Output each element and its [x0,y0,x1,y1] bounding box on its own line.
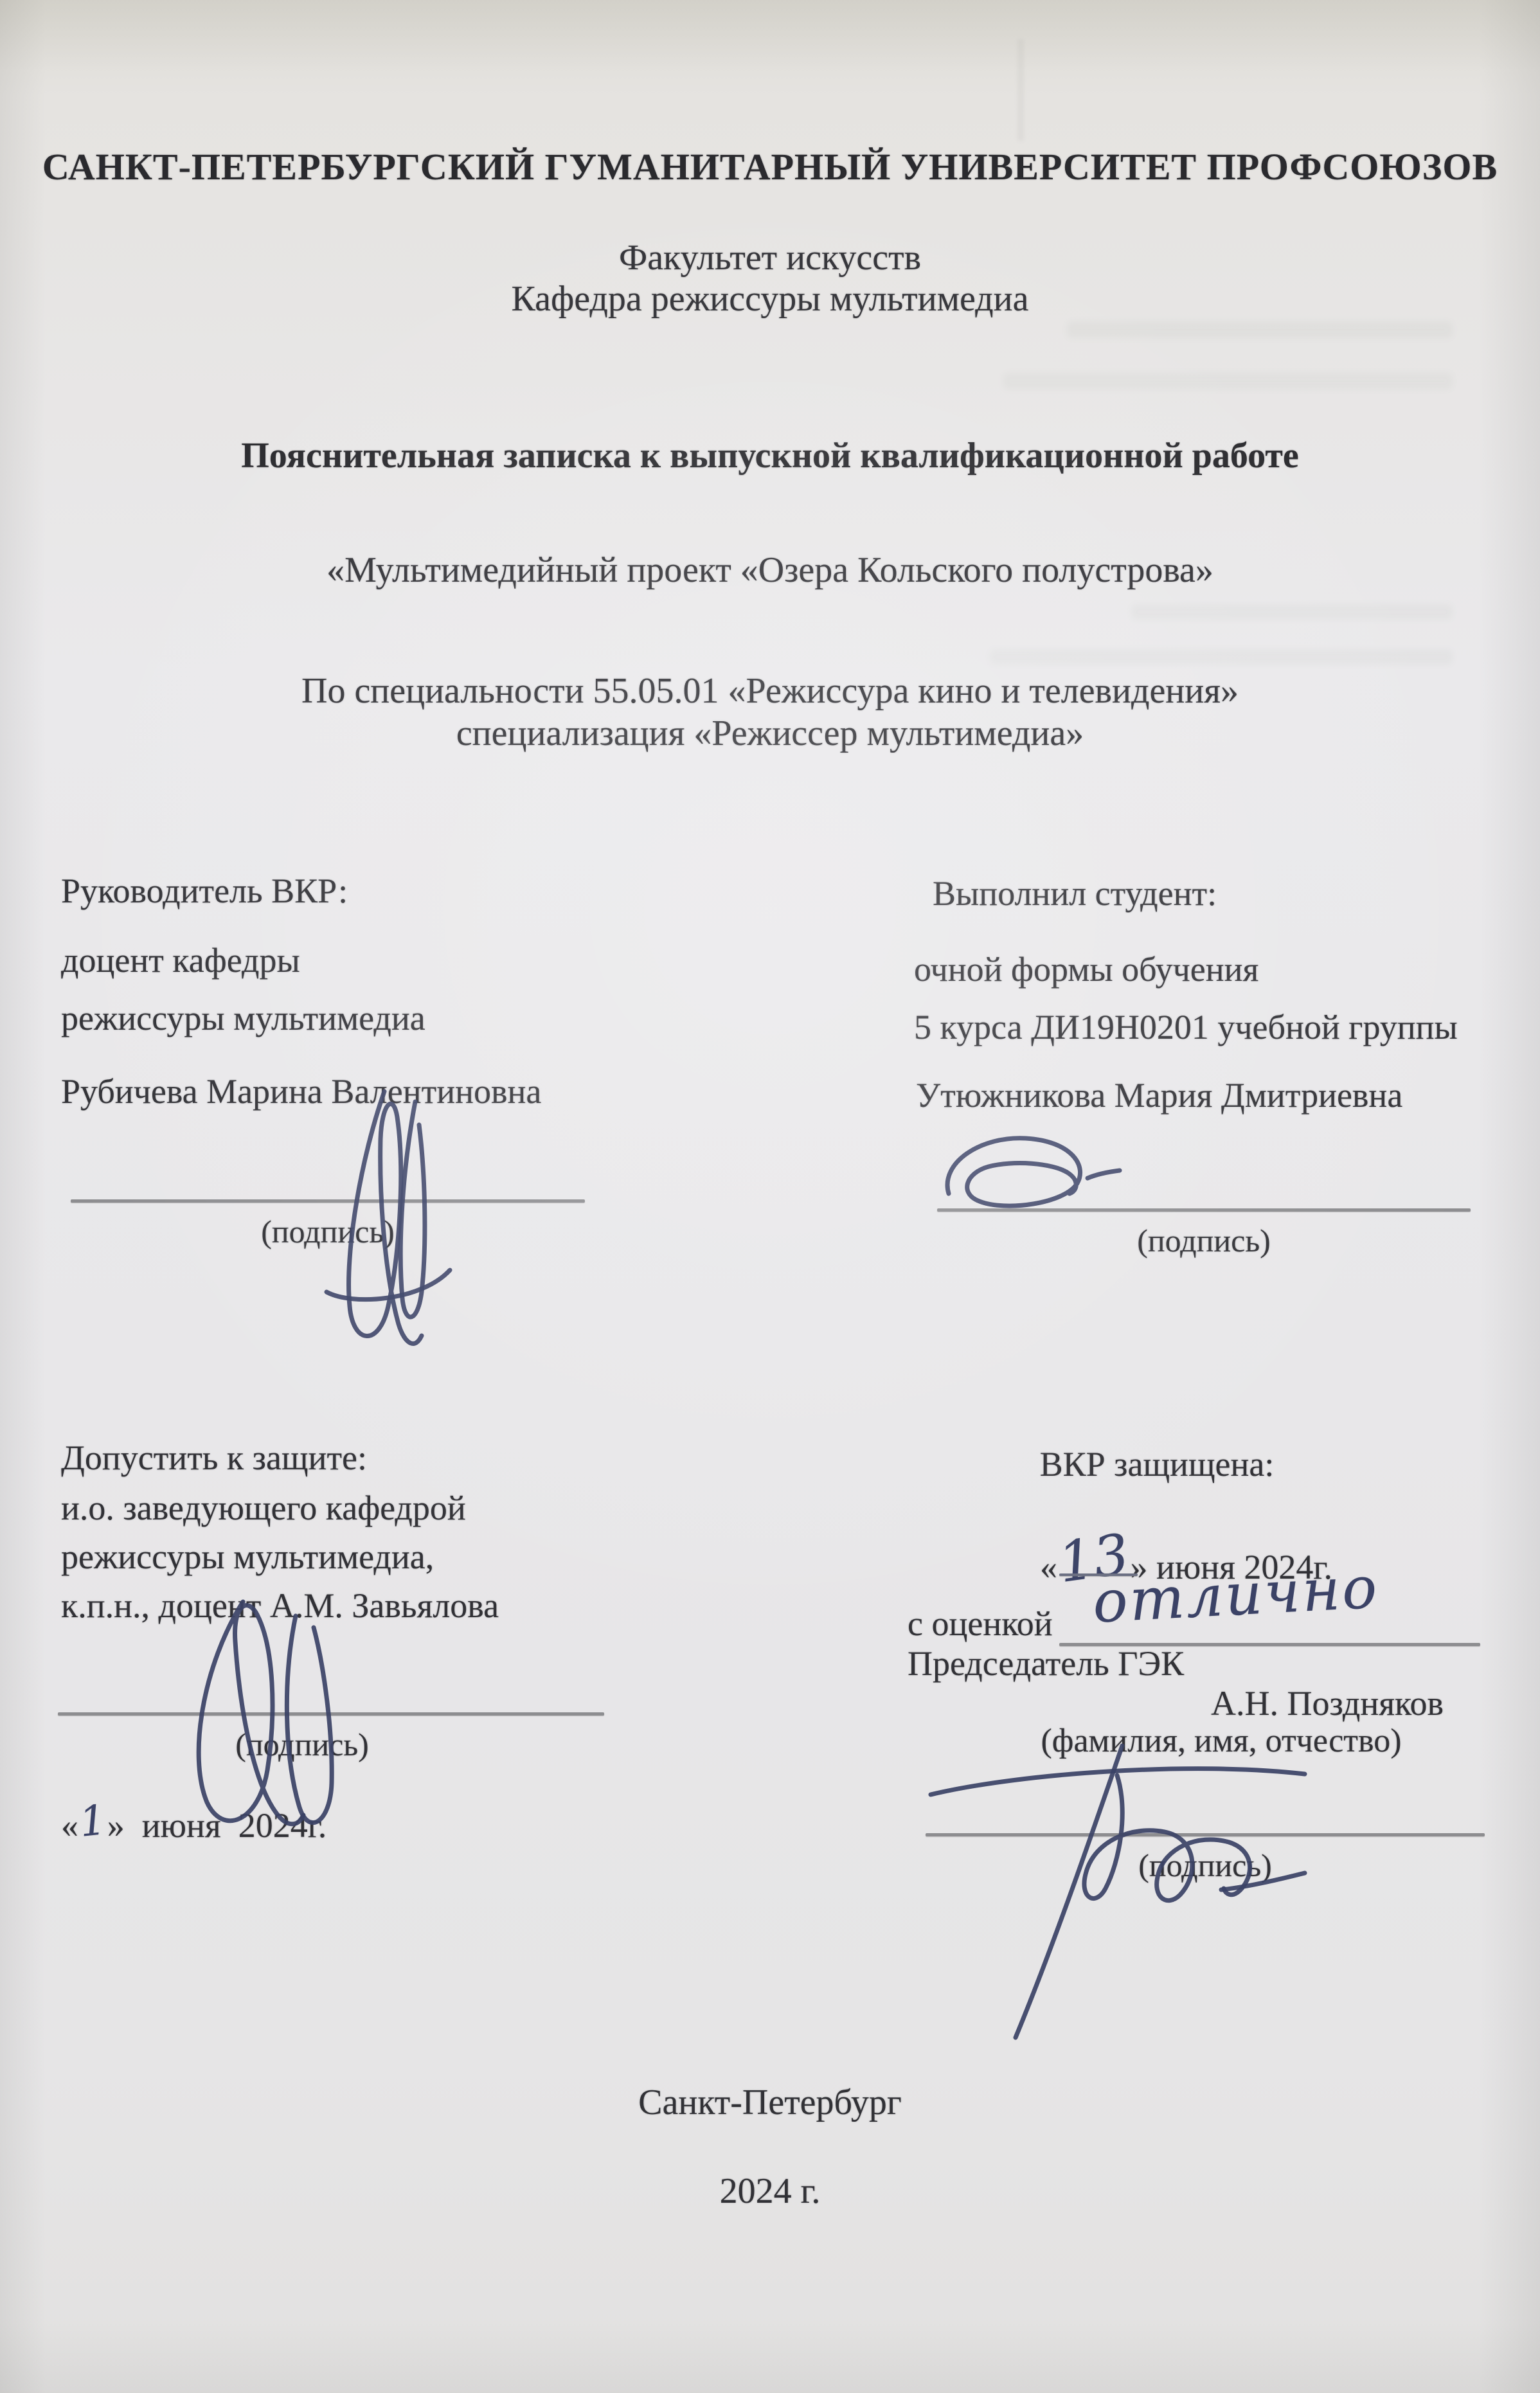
work-title: «Мультимедийный проект «Озера Кольского … [0,549,1540,592]
university-title: САНКТ-ПЕТЕРБУРГСКИЙ ГУМАНИТАРНЫЙ УНИВЕРС… [0,145,1540,190]
admission-signature-ink [161,1588,392,1845]
bleed-through-artifact [990,649,1453,665]
specialty-line: По специальности 55.05.01 «Режиссура кин… [0,670,1540,713]
admission-date-day-handwritten: 1 [77,1796,109,1848]
scanned-title-page: САНКТ-ПЕТЕРБУРГСКИЙ ГУМАНИТАРНЫЙ УНИВЕРС… [0,0,1540,2393]
admission-line1: Допустить к защите: [61,1437,367,1479]
admission-date-close-quote: » [107,1805,125,1847]
student-info-line1: очной формы обучения [914,949,1258,990]
student-name: Утюжникова Мария Дмитриевна [916,1075,1402,1116]
bleed-through-artifact [1067,321,1453,338]
specialization-line: специализация «Режиссер мультимедиа» [0,712,1540,755]
admission-date-open-quote: « [61,1805,78,1847]
bleed-through-artifact [1003,373,1453,390]
defense-chairman-name: А.Н. Поздняков [1211,1683,1444,1725]
supervisor-signature-ink [289,1080,469,1363]
admission-line3: режиссуры мультимедиа, [61,1536,434,1578]
supervisor-position-line1: доцент кафедры [61,940,300,981]
defense-grade-underline [1059,1643,1480,1646]
defense-date-open-quote: « [1040,1546,1057,1588]
student-label: Выполнил студент: [933,873,1217,915]
department-line: Кафедра режиссуры мультимедиа [0,278,1540,321]
supervisor-label: Руководитель ВКР: [61,870,348,912]
footer-city: Санкт-Петербург [0,2081,1540,2124]
supervisor-position-line2: режиссуры мультимедиа [61,998,425,1039]
bleed-through-artifact [1131,604,1453,620]
doc-type-title: Пояснительная записка к выпускной квалиф… [0,435,1540,478]
bleed-through-artifact [1017,39,1024,141]
admission-line2: и.о. заведующего кафедрой [61,1487,466,1529]
defense-grade-handwritten: отлично [1091,1553,1380,1637]
chairman-signature-ink [919,1735,1318,2057]
student-info-line2: 5 курса ДИ19Н0201 учебной группы [914,1007,1458,1048]
faculty-line: Факультет искусств [0,237,1540,280]
student-signature-caption: (подпись) [937,1221,1471,1260]
defense-grade-label: с оценкой [908,1603,1053,1645]
footer-year: 2024 г. [0,2170,1540,2213]
student-signature-ink [926,1122,1125,1224]
defense-chairman-label: Председатель ГЭК [908,1643,1184,1685]
defense-label: ВКР защищена: [900,1444,1414,1485]
